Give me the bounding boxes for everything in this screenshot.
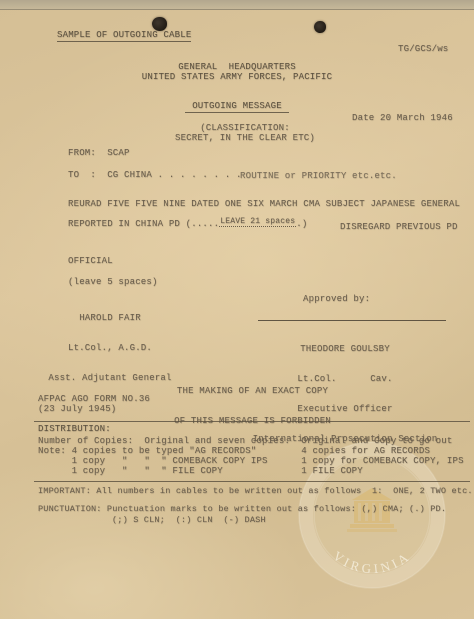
classification-line2: SECRET, IN THE CLEAR ETC) (16, 133, 474, 143)
from-line: FROM: SCAP (68, 148, 130, 158)
document-title: OUTGOING MESSAGE (0, 101, 474, 111)
leave-spaces-note: (leave 5 spaces) (68, 277, 158, 287)
message-body-line2: REPORTED IN CHINA PD (.....LEAVE 21 spac… (68, 219, 307, 230)
punch-hole-left (152, 17, 167, 31)
date-line: Date 20 March 1946 (352, 113, 453, 123)
signer-left-rank: Lt.Col., A.G.D. (45, 343, 175, 353)
signer-left-name: HAROLD FAIR (45, 313, 175, 323)
distribution-line: 1 copy " " " COMEBACK COPY IPS 1 copy fo… (38, 456, 464, 466)
classification-line1: (CLASSIFICATION: (16, 123, 474, 133)
distribution-line: 1 copy " " " FILE COPY 1 FILE COPY (38, 466, 363, 476)
org-name-line1: GENERAL HEADQUARTERS (0, 62, 474, 72)
form-date: (23 July 1945) (38, 404, 116, 414)
to-line: TO : CG CHINA . . . . . . . . (68, 170, 242, 180)
punch-hole-right (314, 21, 326, 33)
form-number: AFPAC AGO FORM NO.36 (38, 394, 150, 404)
copy-forbidden-warning: THE MAKING OF AN EXACT COPY OF THIS MESS… (155, 366, 350, 446)
punctuation-note-line2: (;) S CLN; (:) CLN (-) DASH (112, 515, 266, 525)
scan-edge-band (0, 0, 474, 10)
distribution-line: Note: 4 copies to be typed "AG RECORDS" … (38, 446, 430, 456)
section-rule-bottom (34, 481, 470, 482)
org-name-line2: UNITED STATES ARMY FORCES, PACIFIC (0, 72, 474, 82)
punctuation-note-line1: PUNCTUATION: Punctuation marks to be wri… (38, 504, 446, 514)
distribution-heading: DISTRIBUTION: (38, 424, 111, 434)
disregard-note: DISREGARD PREVIOUS PD (340, 222, 458, 232)
leave-21-spaces-note: LEAVE 21 spaces (219, 217, 296, 227)
distribution-line: Number of Copies: Original and seven cop… (38, 436, 452, 446)
signer-right-name: THEODORE GOULSBY (235, 344, 455, 354)
important-note: IMPORTANT: All numbers in cables to be w… (38, 486, 473, 496)
priority-note: ROUTINE or PRIORITY etc.etc. (240, 171, 397, 181)
section-rule-top (34, 421, 470, 422)
sample-label: SAMPLE OF OUTGOING CABLE (57, 30, 191, 40)
reference-number: TG/GCS/ws (398, 44, 448, 54)
document-page: VIRGINIA SAMPLE OF OUTGOING CABLE TG/GCS… (0, 0, 474, 619)
message-body-line1: REURAD FIVE FIVE NINE DATED ONE SIX MARC… (68, 199, 460, 209)
official-label: OFFICIAL (68, 256, 113, 266)
approved-by-label: Approved by: (303, 294, 370, 304)
signature-rule (258, 320, 446, 321)
warning-line1: THE MAKING OF AN EXACT COPY (155, 386, 350, 396)
